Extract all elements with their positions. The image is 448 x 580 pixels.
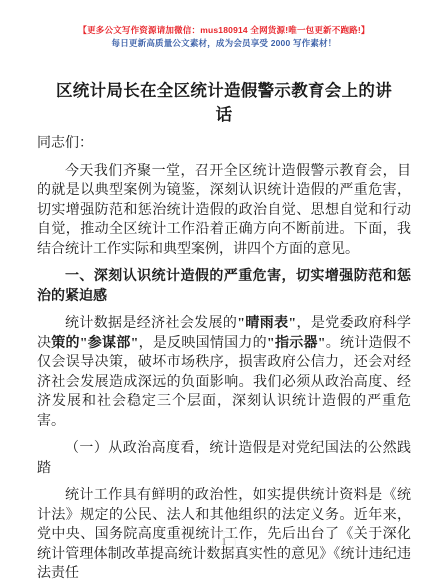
harms-term-indicator: "指示器" <box>267 336 326 351</box>
harms-text: 统计数据是经济社会发展的 <box>65 316 237 331</box>
harms-term-staff: 策的"参谋部" <box>51 336 138 351</box>
harms-text: ，是反映国情国力的 <box>138 336 267 351</box>
document-page: 【更多公文写作资源请加微信：mus180914 全网货源!唯一包更新不跑路!】 … <box>0 0 448 580</box>
section-heading-1: 一、深刻认识统计造假的严重危害，切实增强防范和惩治的紧迫感 <box>37 267 411 306</box>
promo-header: 【更多公文写作资源请加微信：mus180914 全网货源!唯一包更新不跑路!】 … <box>0 0 448 50</box>
paragraph-intro: 今天我们齐聚一堂，召开全区统计造假警示教育会，目的就是以典型案例为镜鉴，深刻认识… <box>37 162 411 260</box>
promo-line-red: 【更多公文写作资源请加微信：mus180914 全网货源!唯一包更新不跑路!】 <box>0 24 448 37</box>
page-number: 1 <box>212 531 236 555</box>
paragraph-harms: 统计数据是经济社会发展的"晴雨表"，是党委政府科学决策的"参谋部"，是反映国情国… <box>37 314 411 431</box>
page-footer: 1 <box>0 531 448 555</box>
harms-term-barometer: "晴雨表" <box>237 316 296 331</box>
paragraph-salutation: 同志们： <box>37 134 411 154</box>
promo-line-blue: 每日更新高质量公文素材，成为会员享受 2000 写作素材！ <box>0 37 448 50</box>
subsection-heading-1: （一）从政治高度看，统计造假是对党纪国法的公然践踏 <box>37 439 411 478</box>
document-title: 区统计局长在全区统计造假警示教育会上的讲话 <box>51 79 397 127</box>
document-body: 同志们： 今天我们齐聚一堂，召开全区统计造假警示教育会，目的就是以典型案例为镜鉴… <box>0 134 448 580</box>
